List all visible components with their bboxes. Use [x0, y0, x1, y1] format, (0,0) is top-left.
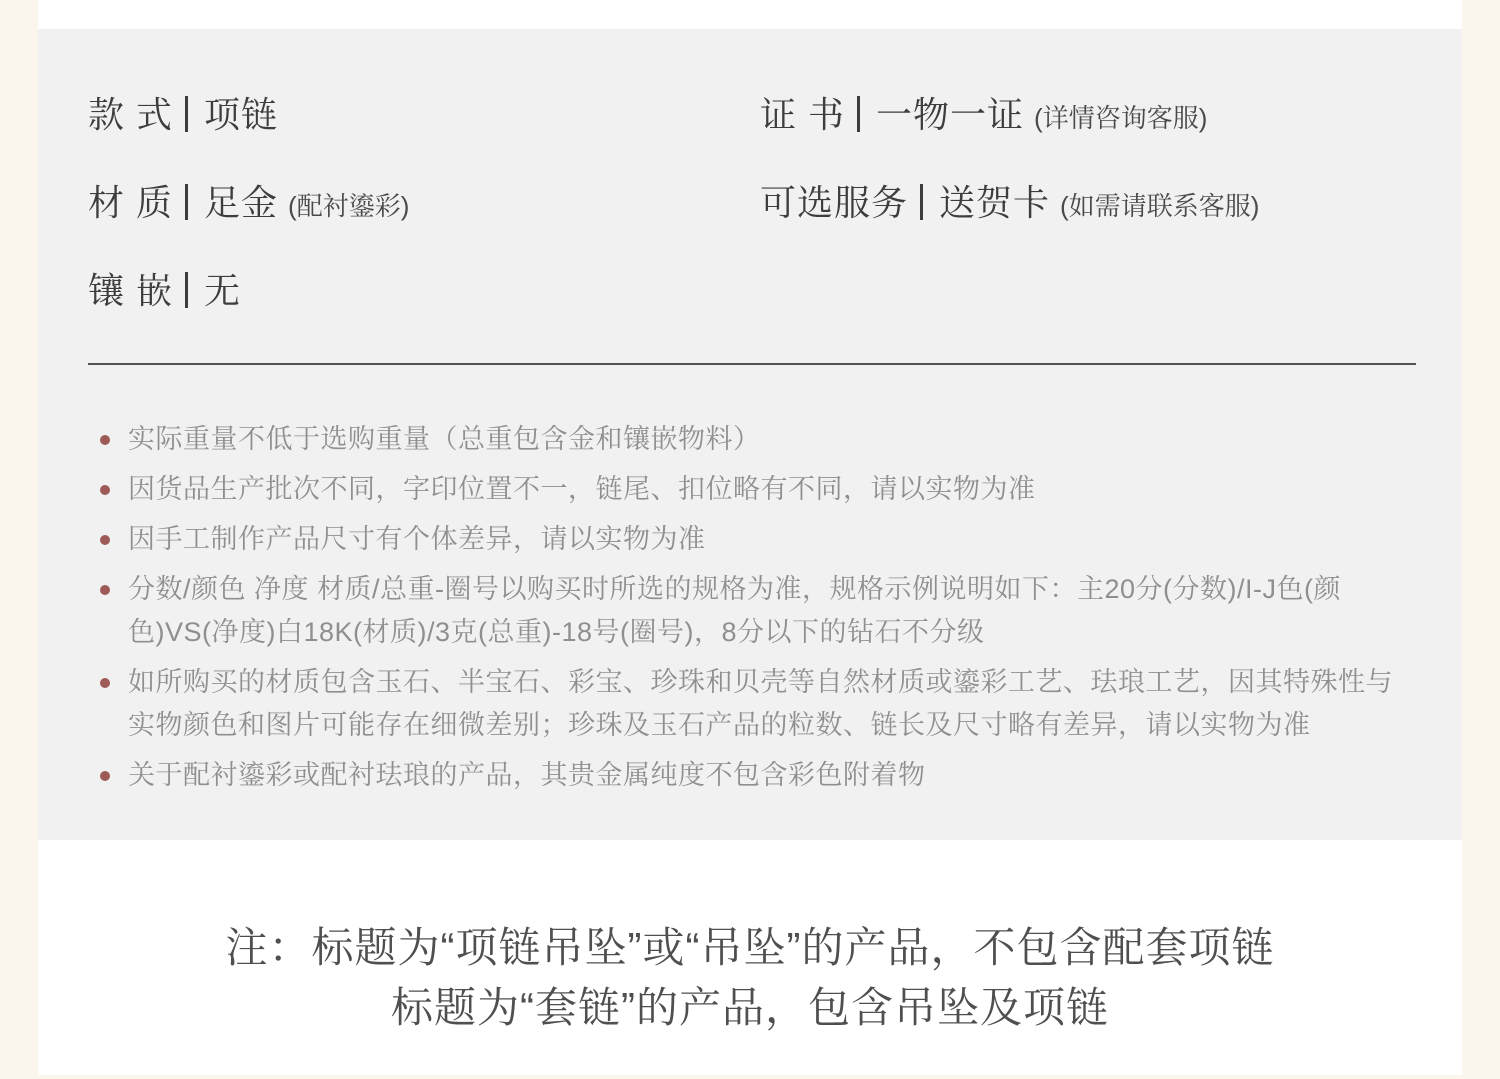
- footer-note: 注：标题为“项链吊坠”或“吊坠”的产品，不包含配套项链 标题为“套链”的产品，包…: [38, 918, 1462, 1038]
- bullet-dot-icon: [100, 485, 110, 495]
- list-item: 关于配衬鎏彩或配衬珐琅的产品，其贵金属纯度不包含彩色附着物: [88, 754, 1416, 797]
- spec-row-optional-service: 可选服务送贺卡(如需请联系客服): [760, 183, 1416, 223]
- spec-value: 送贺卡: [939, 182, 1050, 223]
- footer-note-line-2: 标题为“套链”的产品，包含吊坠及项链: [38, 978, 1462, 1038]
- spec-label: 证 书: [760, 94, 845, 135]
- product-spec-panel: 款 式项链 材 质足金(配衬鎏彩) 镶 嵌无 证 书一物一证(详情咨询客服) 可…: [38, 29, 1462, 840]
- list-item: 因货品生产批次不同，字印位置不一，链尾、扣位略有不同，请以实物为准: [88, 468, 1416, 511]
- list-item: 如所购买的材质包含玉石、半宝石、彩宝、珍珠和贝壳等自然材质或鎏彩工艺、珐琅工艺，…: [88, 661, 1416, 747]
- vertical-bar-icon: [857, 96, 860, 132]
- list-item-text: 关于配衬鎏彩或配衬珐琅的产品，其贵金属纯度不包含彩色附着物: [128, 754, 926, 797]
- spec-value: 无: [204, 270, 241, 311]
- vertical-bar-icon: [185, 96, 188, 132]
- spec-column-left: 款 式项链 材 质足金(配衬鎏彩) 镶 嵌无: [88, 95, 760, 311]
- list-item-text: 因手工制作产品尺寸有个体差异，请以实物为准: [128, 518, 706, 561]
- footer-note-line-1: 注：标题为“项链吊坠”或“吊坠”的产品，不包含配套项链: [38, 918, 1462, 978]
- spec-value: 项链: [204, 94, 278, 135]
- spec-value: 足金: [204, 182, 278, 223]
- spec-label: 镶 嵌: [88, 270, 173, 311]
- spec-note: (配衬鎏彩): [288, 191, 409, 221]
- list-item-text: 因货品生产批次不同，字印位置不一，链尾、扣位略有不同，请以实物为准: [128, 468, 1036, 511]
- spec-row-inlay: 镶 嵌无: [88, 271, 760, 311]
- bullet-dot-icon: [100, 771, 110, 781]
- vertical-bar-icon: [185, 184, 188, 220]
- spec-value: 一物一证: [876, 94, 1024, 135]
- bullet-dot-icon: [100, 678, 110, 688]
- spec-label: 材 质: [88, 182, 173, 223]
- spec-row-style: 款 式项链: [88, 95, 760, 135]
- list-item: 实际重量不低于选购重量（总重包含金和镶嵌物料）: [88, 418, 1416, 461]
- divider: [88, 363, 1416, 365]
- bullet-dot-icon: [100, 435, 110, 445]
- spec-row-material: 材 质足金(配衬鎏彩): [88, 183, 760, 223]
- spec-label: 款 式: [88, 94, 173, 135]
- list-item: 分数/颜色 净度 材质/总重-圈号以购买时所选的规格为准，规格示例说明如下：主2…: [88, 568, 1416, 654]
- spec-note: (如需请联系客服): [1060, 191, 1259, 221]
- list-item: 因手工制作产品尺寸有个体差异，请以实物为准: [88, 518, 1416, 561]
- spec-grid: 款 式项链 材 质足金(配衬鎏彩) 镶 嵌无 证 书一物一证(详情咨询客服) 可…: [88, 95, 1416, 311]
- product-detail-page: 款 式项链 材 质足金(配衬鎏彩) 镶 嵌无 证 书一物一证(详情咨询客服) 可…: [0, 0, 1500, 1079]
- bullet-dot-icon: [100, 585, 110, 595]
- vertical-bar-icon: [920, 184, 923, 220]
- spec-label: 可选服务: [760, 182, 908, 223]
- spec-column-right: 证 书一物一证(详情咨询客服) 可选服务送贺卡(如需请联系客服): [760, 95, 1416, 311]
- vertical-bar-icon: [185, 272, 188, 308]
- disclaimer-list: 实际重量不低于选购重量（总重包含金和镶嵌物料） 因货品生产批次不同，字印位置不一…: [88, 418, 1416, 797]
- content-column: 款 式项链 材 质足金(配衬鎏彩) 镶 嵌无 证 书一物一证(详情咨询客服) 可…: [38, 0, 1462, 1075]
- spec-note: (详情咨询客服): [1034, 103, 1207, 133]
- bullet-dot-icon: [100, 535, 110, 545]
- list-item-text: 实际重量不低于选购重量（总重包含金和镶嵌物料）: [128, 418, 761, 461]
- list-item-text: 如所购买的材质包含玉石、半宝石、彩宝、珍珠和贝壳等自然材质或鎏彩工艺、珐琅工艺，…: [128, 661, 1416, 747]
- spec-row-certificate: 证 书一物一证(详情咨询客服): [760, 95, 1416, 135]
- list-item-text: 分数/颜色 净度 材质/总重-圈号以购买时所选的规格为准，规格示例说明如下：主2…: [128, 568, 1416, 654]
